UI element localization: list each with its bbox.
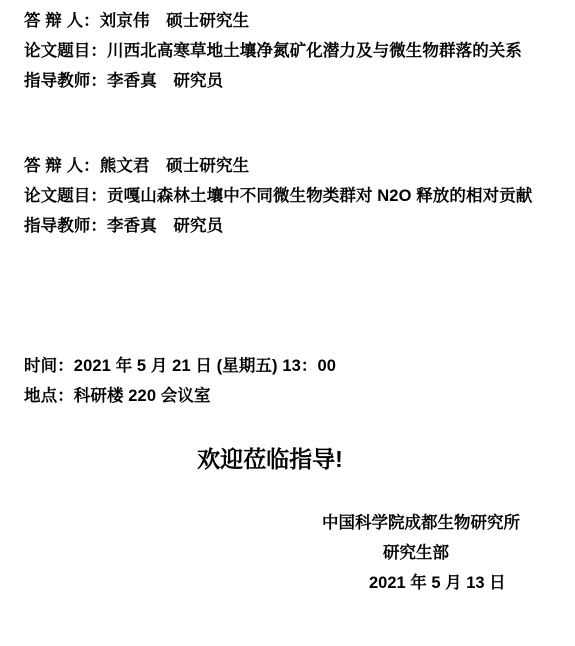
welcome-message: 欢迎莅临指导! bbox=[0, 443, 540, 476]
candidate-line: 答 辩 人：熊文君 硕士研究生 bbox=[24, 151, 532, 181]
advisor-line: 指导教师：李香真 研究员 bbox=[24, 66, 522, 96]
organization-name: 中国科学院成都生物研究所 bbox=[322, 508, 520, 538]
thesis-defense-announcement-page: 答 辩 人：刘京伟 硕士研究生 论文题目：川西北高寒草地土壤净氮矿化潜力及与微生… bbox=[0, 0, 575, 646]
thesis-title-line: 论文题目：贡嘎山森林土壤中不同微生物类群对 N2O 释放的相对贡献 bbox=[24, 181, 532, 211]
defense-entry-2: 答 辩 人：熊文君 硕士研究生 论文题目：贡嘎山森林土壤中不同微生物类群对 N2… bbox=[24, 151, 532, 241]
advisor-line: 指导教师：李香真 研究员 bbox=[24, 211, 532, 241]
thesis-title-line: 论文题目：川西北高寒草地土壤净氮矿化潜力及与微生物群落的关系 bbox=[24, 36, 522, 66]
announcement-date: 2021 年 5 月 13 日 bbox=[369, 568, 506, 598]
candidate-line: 答 辩 人：刘京伟 硕士研究生 bbox=[24, 6, 522, 36]
schedule-block: 时间：2021 年 5 月 21 日 (星期五) 13：00 地点：科研楼 22… bbox=[24, 351, 336, 411]
location-line: 地点：科研楼 220 会议室 bbox=[24, 381, 336, 411]
defense-entry-1: 答 辩 人：刘京伟 硕士研究生 论文题目：川西北高寒草地土壤净氮矿化潜力及与微生… bbox=[24, 6, 522, 96]
department-name: 研究生部 bbox=[383, 538, 449, 568]
time-line: 时间：2021 年 5 月 21 日 (星期五) 13：00 bbox=[24, 351, 336, 381]
